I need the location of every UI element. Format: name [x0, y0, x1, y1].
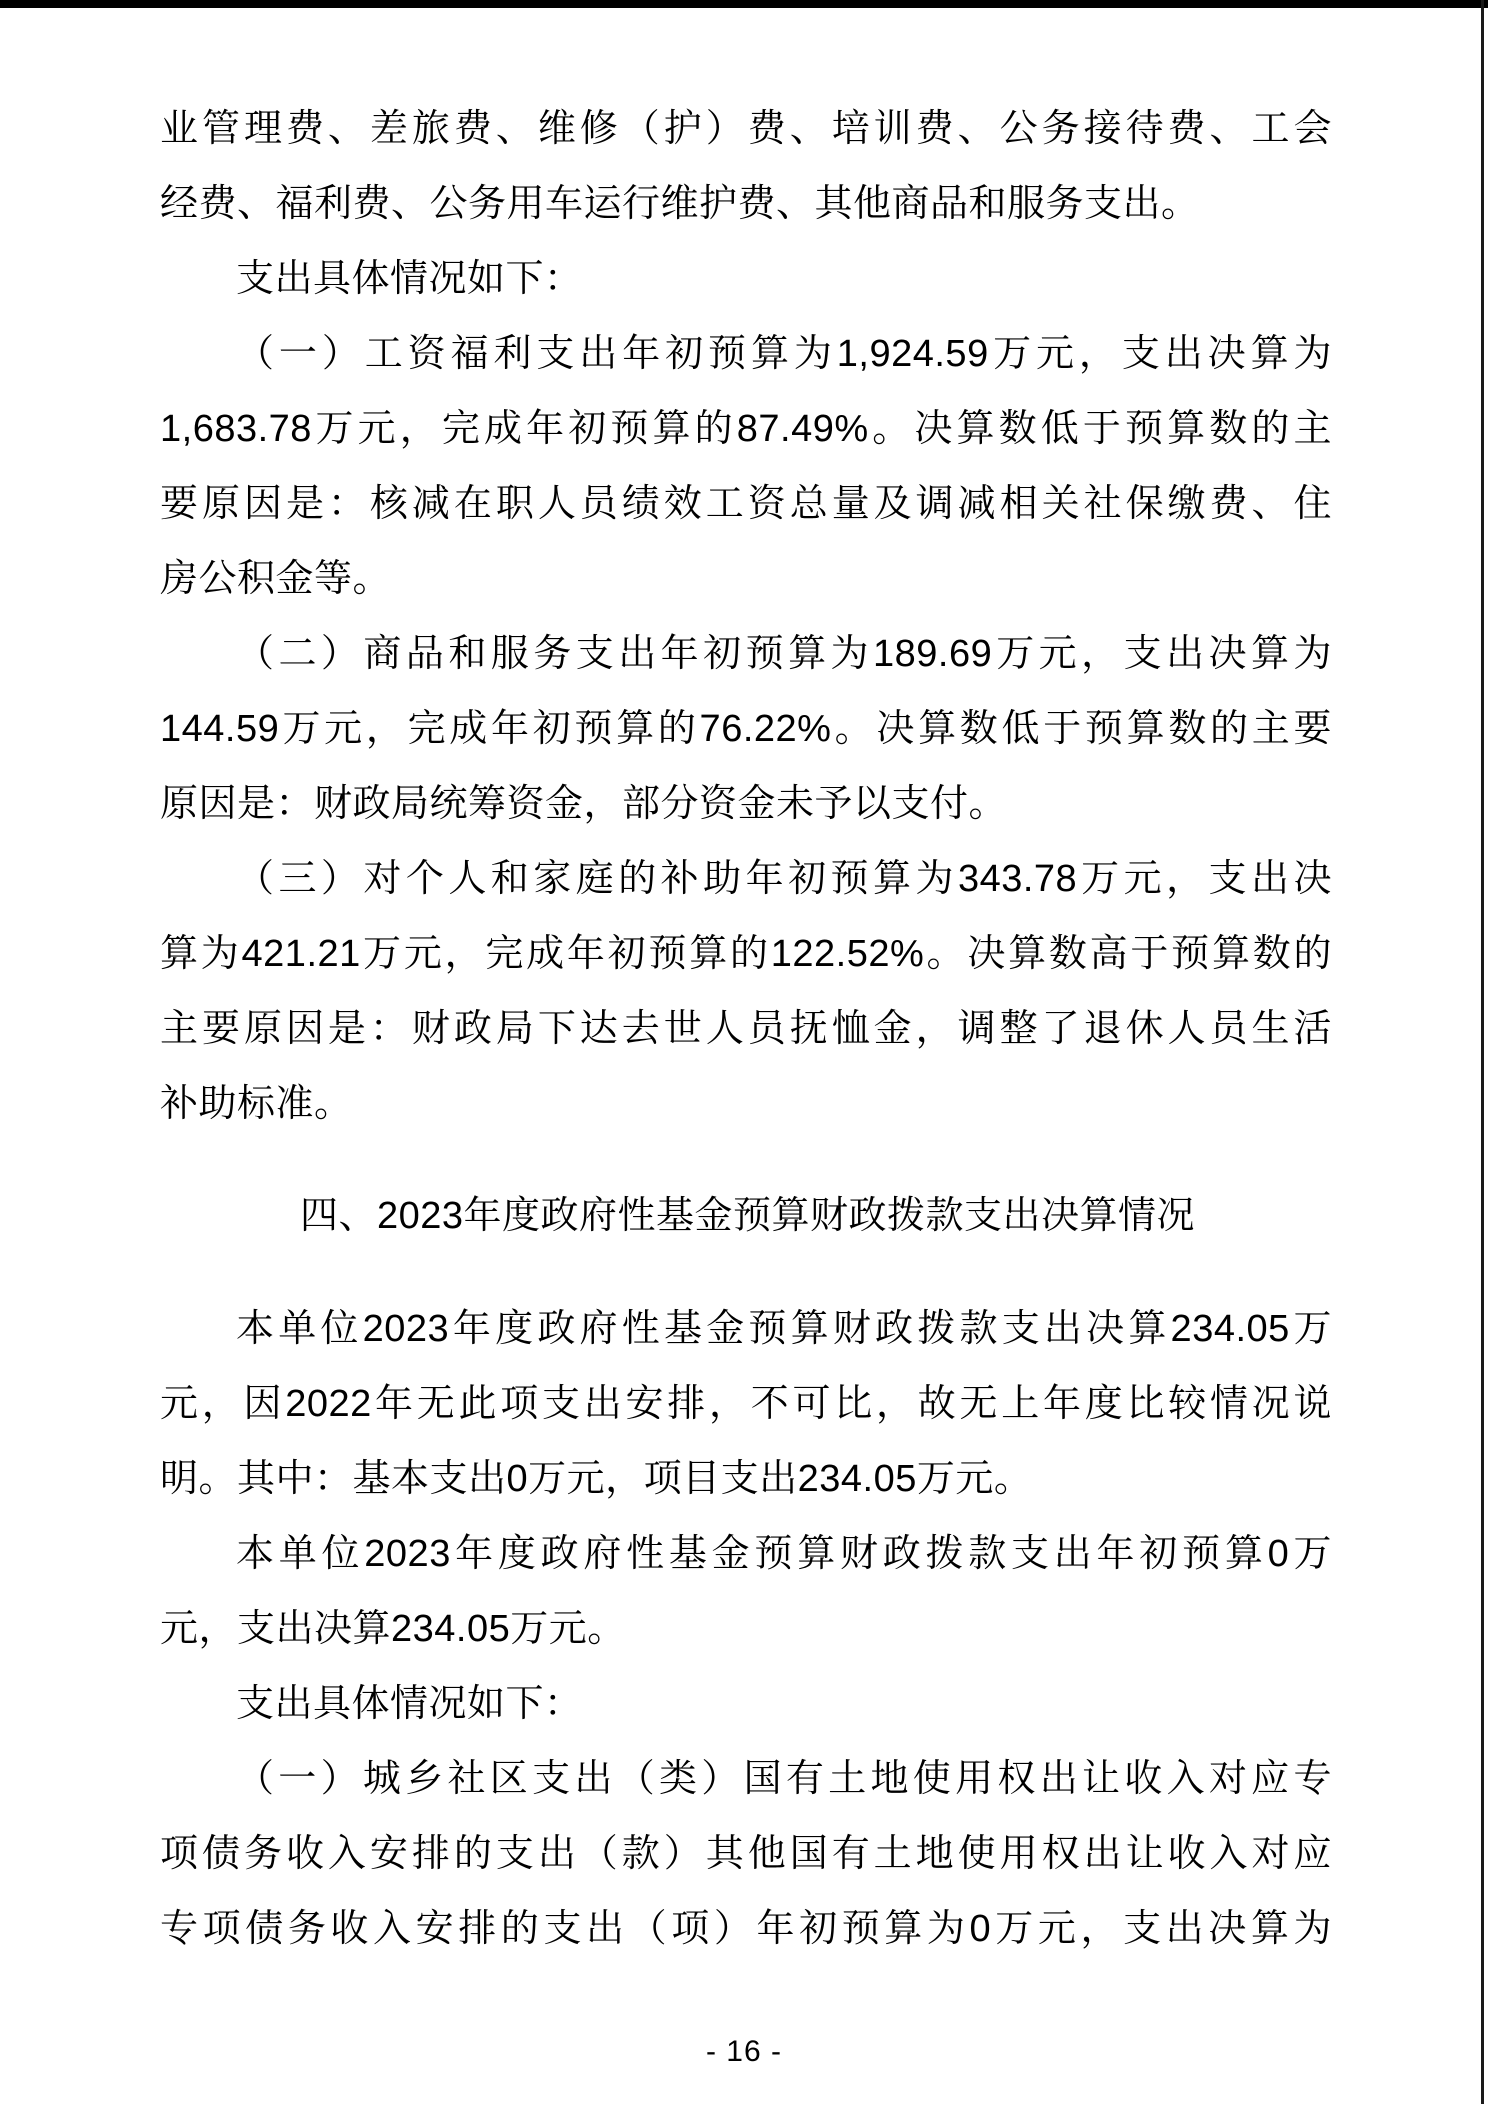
scan-artifact-top-bar [0, 0, 1488, 8]
paragraph-line: （二）商品和服务支出年初预算为189.69万元，支出决算为 [160, 617, 1332, 692]
section-heading: 四、2023年度政府性基金预算财政拨款支出决算情况 [160, 1179, 1332, 1254]
paragraph-line: 业管理费、差旅费、维修（护）费、培训费、公务接待费、工会 [160, 92, 1332, 167]
paragraph-line: 经费、福利费、公务用车运行维护费、其他商品和服务支出。 [160, 167, 1332, 242]
paragraph-line: 元，支出决算234.05万元。 [160, 1592, 1332, 1667]
paragraph-line: 本单位2023年度政府性基金预算财政拨款支出决算234.05万 [160, 1292, 1332, 1367]
paragraph-line: 原因是：财政局统筹资金，部分资金未予以支付。 [160, 767, 1332, 842]
paragraph-line: （一）城乡社区支出（类）国有土地使用权出让收入对应专 [160, 1742, 1332, 1817]
paragraph-line: 房公积金等。 [160, 542, 1332, 617]
paragraph-line: 明。其中：基本支出0万元，项目支出234.05万元。 [160, 1442, 1332, 1517]
paragraph-line: 支出具体情况如下： [160, 242, 1332, 317]
paragraph-line: 补助标准。 [160, 1067, 1332, 1142]
paragraph-line: 专项债务收入安排的支出（项）年初预算为0万元，支出决算为 [160, 1892, 1332, 1967]
scanned-budget-report-page: { "colors": { "text": "#000000", "backgr… [0, 0, 1488, 2104]
paragraph-line: 支出具体情况如下： [160, 1667, 1332, 1742]
paragraph-line: 144.59万元，完成年初预算的76.22%。决算数低于预算数的主要 [160, 692, 1332, 767]
page-number: - 16 - [0, 2032, 1488, 2072]
scan-artifact-right-line [1481, 0, 1484, 2104]
paragraph-line: （一）工资福利支出年初预算为1,924.59万元，支出决算为 [160, 317, 1332, 392]
paragraph-line: 元，因2022年无此项支出安排，不可比，故无上年度比较情况说 [160, 1367, 1332, 1442]
paragraph-line: 主要原因是：财政局下达去世人员抚恤金，调整了退休人员生活 [160, 992, 1332, 1067]
paragraph-line: 项债务收入安排的支出（款）其他国有土地使用权出让收入对应 [160, 1817, 1332, 1892]
paragraph-line: 要原因是：核减在职人员绩效工资总量及调减相关社保缴费、住 [160, 467, 1332, 542]
paragraph-line: 1,683.78万元，完成年初预算的87.49%。决算数低于预算数的主 [160, 392, 1332, 467]
document-body: 业管理费、差旅费、维修（护）费、培训费、公务接待费、工会 经费、福利费、公务用车… [160, 92, 1332, 1967]
paragraph-line: 算为421.21万元，完成年初预算的122.52%。决算数高于预算数的 [160, 917, 1332, 992]
paragraph-line: 本单位2023年度政府性基金预算财政拨款支出年初预算0万 [160, 1517, 1332, 1592]
paragraph-line: （三）对个人和家庭的补助年初预算为343.78万元，支出决 [160, 842, 1332, 917]
